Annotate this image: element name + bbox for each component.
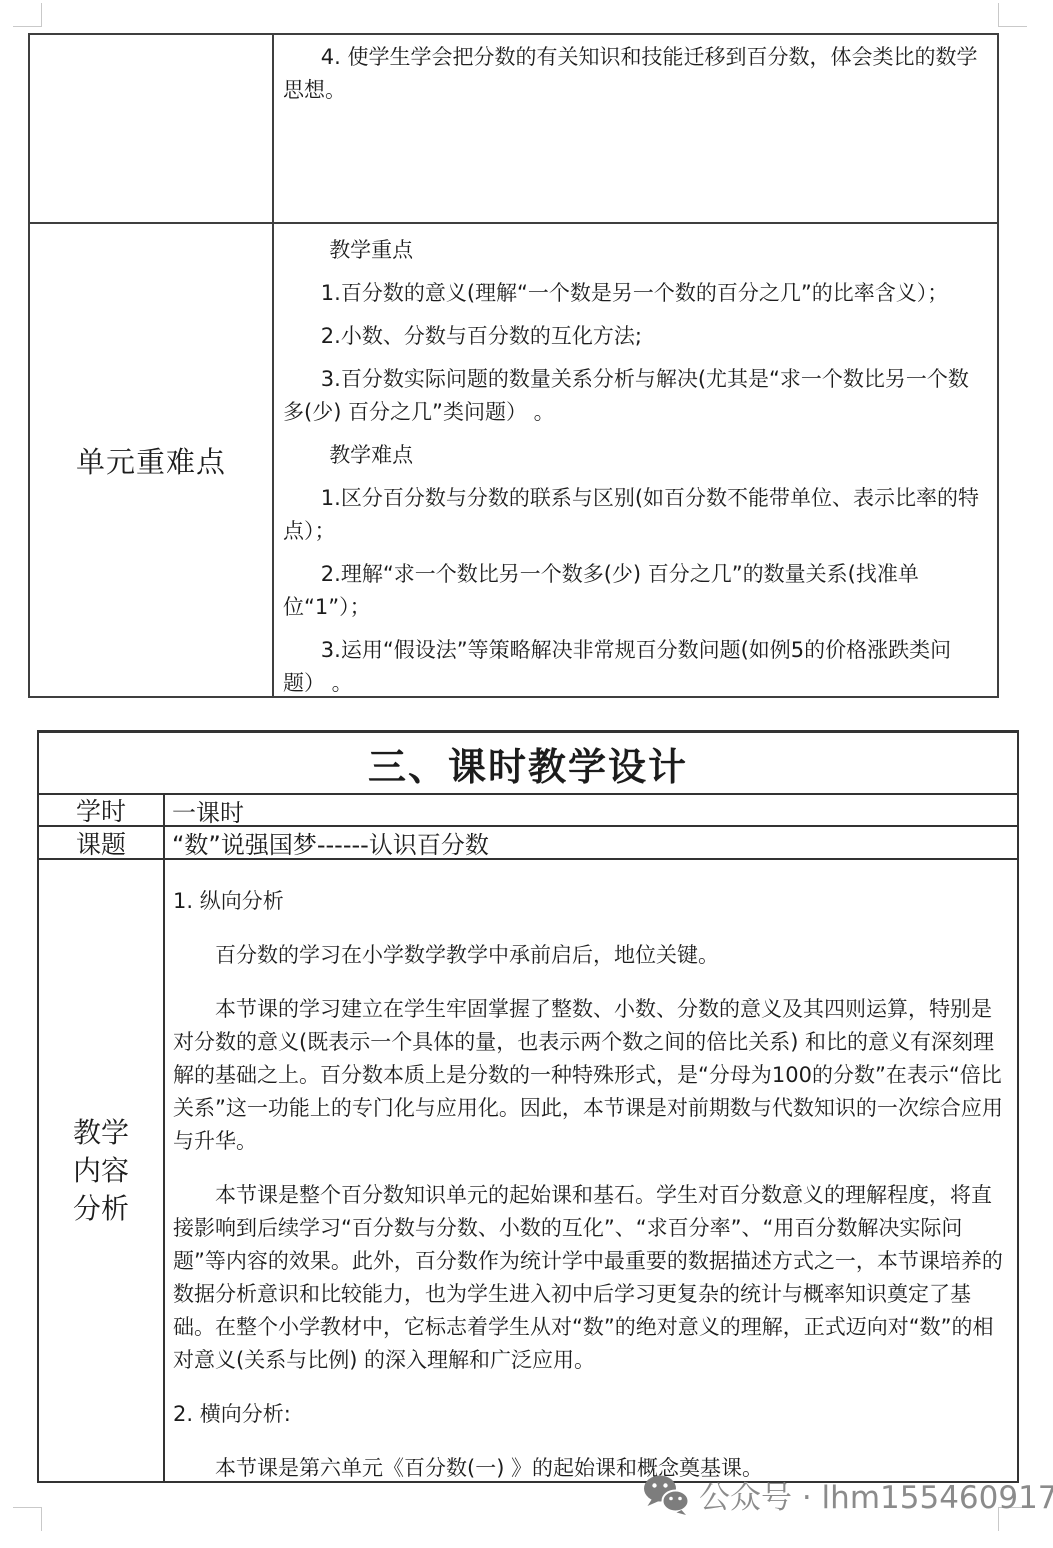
watermark-text: 公众号 · lhm15546091799 bbox=[699, 1472, 1053, 1517]
unit-keypoints-label-cell: 单元重难点 bbox=[30, 224, 274, 696]
section-heading: 教学重点 bbox=[283, 234, 988, 267]
difficulty-item: 3.运用“假设法”等策略解决非常规百分数问题(如例5的价格涨跌类问题） 。 bbox=[283, 634, 988, 696]
analysis-paragraph: 2. 横向分析: bbox=[173, 1398, 1008, 1431]
empty-label-cell bbox=[30, 35, 274, 222]
analysis-paragraph: 1. 纵向分析 bbox=[173, 885, 1008, 918]
topic-label: 课题 bbox=[39, 827, 165, 858]
difficulty-item: 1.区分百分数与分数的联系与区别(如百分数不能带单位、表示比率的特点）； bbox=[283, 482, 988, 548]
page-margin-mark bbox=[13, 3, 42, 27]
analysis-paragraph: 本节课是整个百分数知识单元的起始课和基石。学生对百分数意义的理解程度，将直接影响… bbox=[173, 1179, 1008, 1377]
watermark: 公众号 · lhm15546091799 bbox=[643, 1472, 1053, 1517]
analysis-paragraph: 百分数的学习在小学数学教学中承前启后，地位关键。 bbox=[173, 939, 1008, 972]
page-margin-mark bbox=[998, 3, 1027, 27]
unit-keypoints-content-cell: 教学重点 1.百分数的意义(理解“一个数是另一个数的百分之几”的比率含义）； 2… bbox=[274, 224, 997, 696]
table-row: 学时 一课时 bbox=[39, 795, 1017, 827]
content-analysis-cell: 1. 纵向分析 百分数的学习在小学数学教学中承前启后，地位关键。 本节课的学习建… bbox=[165, 860, 1017, 1481]
wechat-icon bbox=[643, 1474, 690, 1516]
table-row: 4. 使学生学会把分数的有关知识和技能迁移到百分数，体会类比的数学思想。 bbox=[30, 35, 997, 224]
row-label: 单元重难点 bbox=[76, 440, 226, 481]
topic-value: “数”说强国梦------认识百分数 bbox=[165, 827, 1017, 858]
table-row: 单元重难点 教学重点 1.百分数的意义(理解“一个数是另一个数的百分之几”的比率… bbox=[30, 224, 997, 696]
content-analysis-label-cell: 教学 内容 分析 bbox=[39, 860, 165, 1481]
objectives-continuation-cell: 4. 使学生学会把分数的有关知识和技能迁移到百分数，体会类比的数学思想。 bbox=[274, 35, 997, 222]
page-margin-mark bbox=[13, 1507, 42, 1531]
label-line: 内容 bbox=[73, 1152, 129, 1190]
difficulty-item: 2.理解“求一个数比另一个数多(少) 百分之几”的数量关系(找准单位“1”）； bbox=[283, 558, 988, 624]
table-row: 课题 “数”说强国梦------认识百分数 bbox=[39, 827, 1017, 860]
key-point-item: 2.小数、分数与百分数的互化方法; bbox=[283, 320, 988, 353]
lesson-design-table: 三、课时教学设计 学时 一课时 课题 “数”说强国梦------认识百分数 教学… bbox=[37, 730, 1019, 1483]
analysis-paragraph: 本节课的学习建立在学生牢固掌握了整数、小数、分数的意义及其四则运算，特别是对分数… bbox=[173, 993, 1008, 1158]
key-point-item: 1.百分数的意义(理解“一个数是另一个数的百分之几”的比率含义）； bbox=[283, 277, 988, 310]
table-row: 教学 内容 分析 1. 纵向分析 百分数的学习在小学数学教学中承前启后，地位关键… bbox=[39, 860, 1017, 1481]
key-point-item: 3.百分数实际问题的数量关系分析与解决(尤其是“求一个数比另一个数多(少) 百分… bbox=[283, 363, 988, 429]
duration-value: 一课时 bbox=[165, 795, 1017, 825]
section-title: 三、课时教学设计 bbox=[39, 733, 1017, 795]
objective-item: 4. 使学生学会把分数的有关知识和技能迁移到百分数，体会类比的数学思想。 bbox=[283, 41, 988, 107]
label-line: 分析 bbox=[73, 1190, 129, 1228]
duration-label: 学时 bbox=[39, 795, 165, 825]
unit-overview-table: 4. 使学生学会把分数的有关知识和技能迁移到百分数，体会类比的数学思想。 单元重… bbox=[28, 33, 999, 698]
label-line: 教学 bbox=[73, 1114, 129, 1152]
section-heading: 教学难点 bbox=[283, 439, 988, 472]
